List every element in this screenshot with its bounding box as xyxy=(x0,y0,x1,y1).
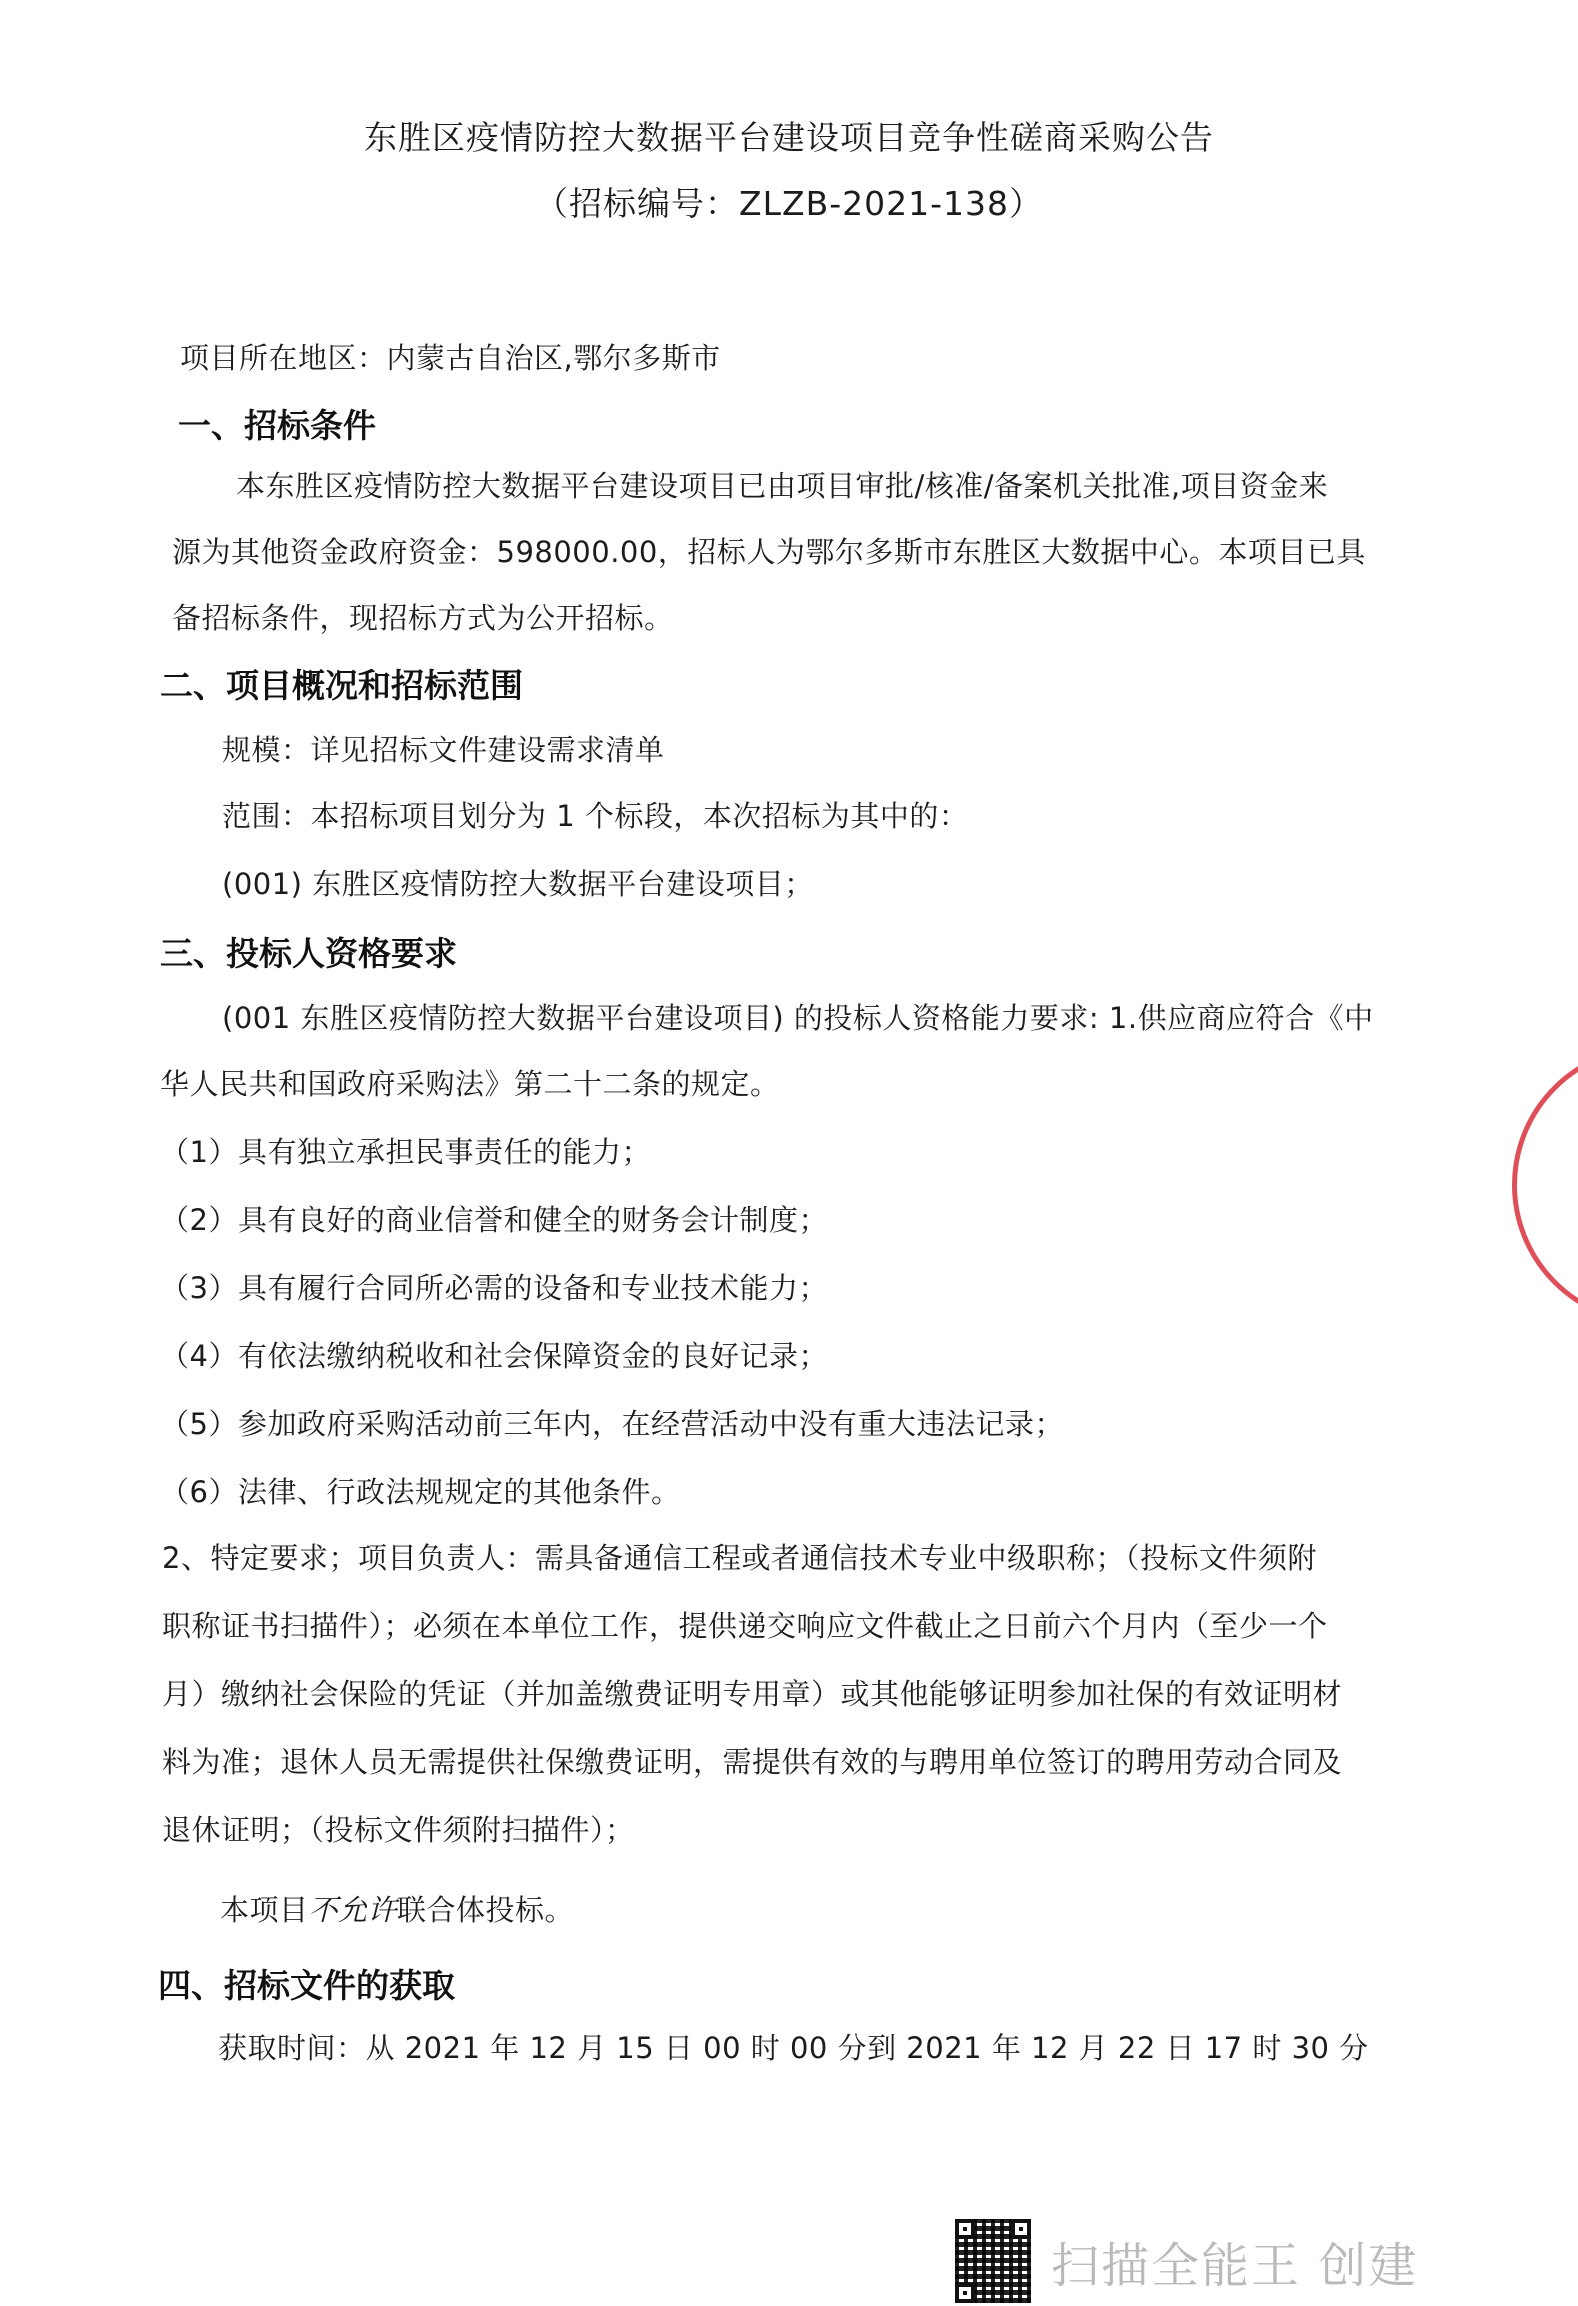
paragraph-line: 职称证书扫描件）；必须在本单位工作，提供递交响应文件截止之日前六个月内（至少一个 xyxy=(162,1604,1328,1645)
section-heading-4: 四、招标文件的获取 xyxy=(158,1960,455,2007)
paragraph-line: 源为其他资金政府资金：598000.00，招标人为鄂尔多斯市东胜区大数据中心。本… xyxy=(172,530,1366,571)
requirement-item: （1）具有独立承担民事责任的能力； xyxy=(160,1130,651,1171)
watermark-text: 扫描全能王 创建 xyxy=(1051,2227,1418,2296)
region-line: 项目所在地区：内蒙古自治区,鄂尔多斯市 xyxy=(180,336,721,377)
note-suffix: 联合体投标。 xyxy=(397,1893,574,1927)
requirement-item: （5）参加政府采购活动前三年内，在经营活动中没有重大违法记录； xyxy=(160,1402,1064,1443)
requirement-item: （6）法律、行政法规规定的其他条件。 xyxy=(160,1470,680,1511)
paragraph-line: 料为准；退休人员无需提供社保缴费证明，需提供有效的与聘用单位签订的聘用劳动合同及 xyxy=(162,1740,1342,1781)
paragraph-line: 退休证明；（投标文件须附扫描件）； xyxy=(162,1808,635,1849)
requirement-item: （2）具有良好的商业信誉和健全的财务会计制度； xyxy=(160,1198,828,1239)
paragraph-line: 本东胜区疫情防控大数据平台建设项目已由项目审批/核准/备案机关批准,项目资金来 xyxy=(236,464,1328,505)
official-red-seal xyxy=(1512,1045,1578,1325)
document-title: 东胜区疫情防控大数据平台建设项目竞争性磋商采购公告 xyxy=(0,112,1578,159)
requirement-item: （3）具有履行合同所必需的设备和专业技术能力； xyxy=(160,1266,828,1307)
acquisition-time: 获取时间：从 2021 年 12 月 15 日 00 时 00 分到 2021 … xyxy=(218,2026,1369,2067)
note-prefix: 本项目 xyxy=(220,1893,309,1927)
paragraph-line: (001) 东胜区疫情防控大数据平台建设项目； xyxy=(222,862,814,903)
scanned-document-page: 东胜区疫情防控大数据平台建设项目竞争性磋商采购公告 （招标编号：ZLZB-202… xyxy=(0,0,1578,2306)
document-subtitle: （招标编号：ZLZB-2021-138） xyxy=(0,178,1578,225)
section-heading-2: 二、项目概况和招标范围 xyxy=(160,660,523,707)
paragraph-line: (001 东胜区疫情防控大数据平台建设项目) 的投标人资格能力要求: 1.供应商… xyxy=(222,996,1374,1037)
paragraph-line: 规模：详见招标文件建设需求清单 xyxy=(222,728,665,769)
paragraph-line: 2、特定要求；项目负责人：需具备通信工程或者通信技术专业中级职称；（投标文件须附 xyxy=(162,1536,1317,1577)
scanner-watermark: 扫描全能王 创建 xyxy=(955,2218,1418,2304)
section-heading-3: 三、投标人资格要求 xyxy=(160,928,457,975)
note-italic: 不允许 xyxy=(309,1893,398,1927)
paragraph-line: 华人民共和国政府采购法》第二十二条的规定。 xyxy=(160,1062,780,1103)
paragraph-line: 备招标条件，现招标方式为公开招标。 xyxy=(172,596,674,637)
requirement-item: （4）有依法缴纳税收和社会保障资金的良好记录； xyxy=(160,1334,828,1375)
paragraph-line: 范围：本招标项目划分为 1 个标段，本次招标为其中的： xyxy=(222,794,968,835)
section-heading-1: 一、招标条件 xyxy=(178,400,376,447)
consortium-note: 本项目不允许联合体投标。 xyxy=(220,1888,574,1929)
qr-code-icon xyxy=(955,2219,1031,2303)
paragraph-line: 月）缴纳社会保险的凭证（并加盖缴费证明专用章）或其他能够证明参加社保的有效证明材 xyxy=(162,1672,1342,1713)
